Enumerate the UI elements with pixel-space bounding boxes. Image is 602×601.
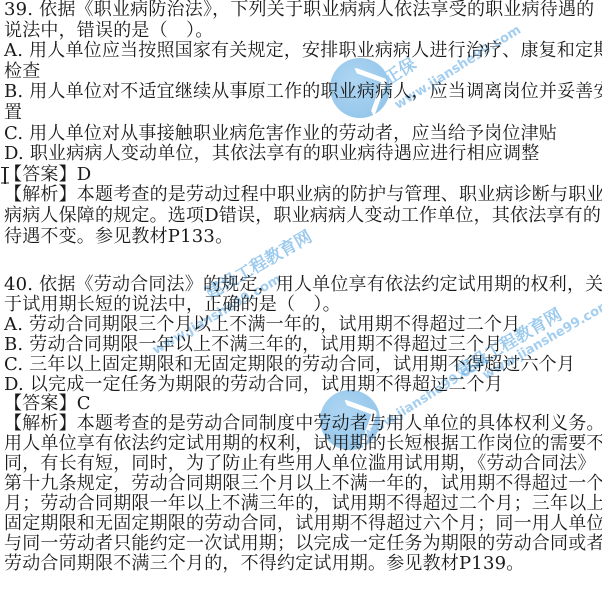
analysis-line: 病病人保障的规定。选项D错误，职业病病人变动工作单位，其依法享有的 [4, 206, 602, 227]
analysis-line: 同，有长有短，同时，为了防止有些用人单位滥用试用期，《劳动合同法》 [4, 454, 602, 474]
blank-line [4, 247, 602, 275]
analysis-line: 月；劳动合同期限一年以上不满三年的，试用期不得超过二个月；三年以上 [4, 494, 602, 514]
answer-text: 【答案】D [4, 164, 91, 185]
question-40: 40. 依据《劳动合同法》的规定，用人单位享有依法约定试用期的权利，关 于试用期… [4, 275, 602, 573]
analysis-line: 【解析】本题考查的是劳动合同制度中劳动者与用人单位的具体权利义务。 [4, 414, 602, 434]
question-stem: 于试用期长短的说法中，正确的是（ ）。 [4, 295, 602, 315]
document-body: 39. 依据《职业病防治法》，下列关于职业病病人依法享受的职业病待遇的 说法中，… [4, 0, 602, 573]
option-a: 检查 [4, 62, 602, 83]
question-stem: 说法中，错误的是（ ）。 [4, 21, 602, 42]
analysis-line: 固定期限和无固定期限的劳动合同，试用期不得超过六个月；同一用人单位 [4, 514, 602, 534]
option-c: C. 三年以上固定期限和无固定期限的劳动合同，试用期不得超过六个月 [4, 355, 602, 375]
analysis-line: 第十九条规定，劳动合同期限三个月以上不满一年的，试用期不得超过一个 [4, 474, 602, 494]
analysis-line: 待遇不变。参见教材P133。 [4, 227, 602, 248]
answer-line: 【答案】D [4, 165, 602, 186]
analysis-line: 用人单位享有依法约定试用期的权利，试用期的长短根据工作岗位的需要不 [4, 434, 602, 454]
option-d: D. 职业病病人变动单位，其依法享有的职业病待遇应进行相应调整 [4, 144, 602, 165]
option-b: B. 劳动合同期限一年以上不满三年的，试用期不得超过三个月 [4, 335, 602, 355]
option-b: B. 用人单位对不适宜继续从事原工作的职业病病人，应当调离岗位并妥善安 [4, 82, 602, 103]
question-39: 39. 依据《职业病防治法》，下列关于职业病病人依法享受的职业病待遇的 说法中，… [4, 0, 602, 247]
option-a: A. 用人单位应当按照国家有关规定，安排职业病病人进行治疗、康复和定期 [4, 41, 602, 62]
analysis-line: 劳动合同期限不满三个月的，不得约定试用期。参见教材P139。 [4, 554, 602, 574]
option-b: 置 [4, 103, 602, 124]
answer-line: 【答案】C [4, 394, 602, 414]
analysis-line: 与同一劳动者只能约定一次试用期；以完成一定任务为期限的劳动合同或者 [4, 534, 602, 554]
analysis-line: 【解析】本题考查的是劳动过程中职业病的防护与管理、职业病诊断与职业 [4, 185, 602, 206]
text-cursor-icon [1, 167, 9, 184]
option-a: A. 劳动合同期限三个月以上不满一年的，试用期不得超过二个月 [4, 315, 602, 335]
question-stem: 39. 依据《职业病防治法》，下列关于职业病病人依法享受的职业病待遇的 [4, 0, 602, 21]
option-d: D. 以完成一定任务为期限的劳动合同，试用期不得超过二个月 [4, 375, 602, 395]
question-stem: 40. 依据《劳动合同法》的规定，用人单位享有依法约定试用期的权利，关 [4, 275, 602, 295]
option-c: C. 用人单位对从事接触职业病危害作业的劳动者，应当给予岗位津贴 [4, 124, 602, 145]
